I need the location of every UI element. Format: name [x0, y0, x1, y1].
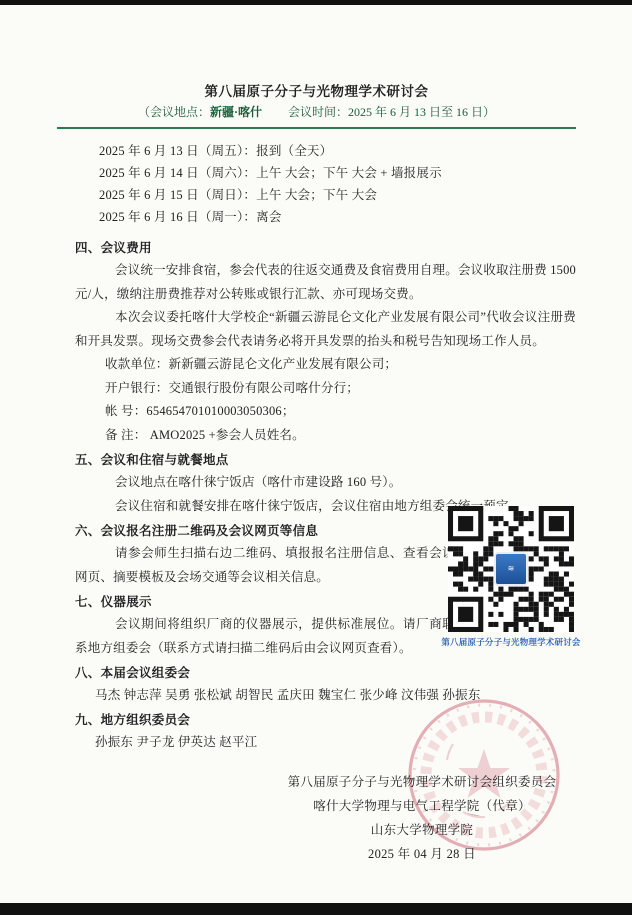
bank-name-line: 开户银行：交通银行股份有限公司喀什分行；	[105, 377, 576, 401]
signature-line-co-host: 山东大学物理学院	[262, 818, 582, 842]
section-committee-heading: 八、本届会议组委会	[75, 662, 576, 684]
local-committee-names: 孙振东 尹子龙 伊英达 赵平江	[95, 731, 576, 754]
signature-date: 2025 年 04 月 28 日	[262, 842, 582, 866]
exhibition-paragraph: 会议期间将组织厂商的仪器展示，提供标准展位。请厂商联系地方组委会（联系方式请扫描…	[75, 613, 455, 660]
schedule-item: 2025 年 6 月 16 日（周一）：离会	[99, 206, 576, 228]
section-fees-heading: 四、会议费用	[75, 237, 576, 259]
time-label: 会议时间：	[288, 105, 348, 119]
fees-paragraph-2: 本次会议委托喀什大学校企“新疆云游昆仑文化产业发展有限公司”代收会议注册费和开具…	[75, 306, 576, 353]
section-local-committee-heading: 九、地方组织委员会	[75, 709, 576, 731]
qr-code: ≋	[448, 506, 574, 632]
bank-payee-line: 收款单位：新新疆云游昆仑文化产业发展有限公司；	[105, 353, 576, 377]
conference-location: 新疆·喀什	[210, 105, 262, 119]
document-body: 第八届原子分子与光物理学术研讨会 （会议地点：新疆·喀什会议时间：2025 年 …	[0, 0, 632, 866]
bank-account-line: 帐 号：654654701010003050306；	[105, 400, 576, 424]
header-divider-rule	[57, 127, 576, 129]
time-value: 2025 年 6 月 13 日至 16 日）	[348, 105, 495, 119]
signature-block: 第八届原子分子与光物理学术研讨会组织委员会 喀什大学物理与电气工程学院（代章） …	[262, 770, 582, 866]
section-venue-heading: 五、会议和住宿与就餐地点	[75, 449, 576, 471]
fees-paragraph-1: 会议统一安排食宿，参会代表的往返交通费及食宿费用自理。会议收取注册费 1500 …	[75, 259, 576, 306]
signature-line-organizer: 第八届原子分子与光物理学术研讨会组织委员会	[262, 770, 582, 794]
schedule-item: 2025 年 6 月 13 日（周五）：报到（全天）	[99, 140, 576, 162]
venue-line-1: 会议地点在喀什徕宁饭店（喀什市建设路 160 号）。	[75, 471, 576, 495]
conference-title: 第八届原子分子与光物理学术研讨会	[57, 84, 576, 100]
scanner-edge-bottom	[0, 903, 632, 915]
schedule-list: 2025 年 6 月 13 日（周五）：报到（全天） 2025 年 6 月 14…	[99, 140, 576, 228]
schedule-item: 2025 年 6 月 14 日（周六）：上午 大会；下午 大会 + 墙报展示	[99, 162, 576, 184]
conference-subtitle: （会议地点：新疆·喀什会议时间：2025 年 6 月 13 日至 16 日）	[57, 103, 576, 121]
qr-center-logo: ≋	[494, 552, 528, 586]
signature-line-host-college: 喀什大学物理与电气工程学院（代章）	[262, 794, 582, 818]
bank-note-line: 备 注： AMO2025 +参会人员姓名。	[105, 424, 576, 448]
qr-caption: 第八届原子分子与光物理学术研讨会	[436, 636, 586, 648]
registration-paragraph: 请参会师生扫描右边二维码、填报报名注册信息、查看会议网页、摘要模板及会场交通等会…	[75, 542, 455, 589]
schedule-item: 2025 年 6 月 15 日（周日）：上午 大会；下午 大会	[99, 184, 576, 206]
scanned-document-page: 第八届原子分子与光物理学术研讨会 （会议地点：新疆·喀什会议时间：2025 年 …	[0, 0, 632, 915]
committee-names: 马杰 钟志萍 吴勇 张松斌 胡智民 孟庆田 魏宝仁 张少峰 汶伟强 孙振东	[95, 684, 576, 707]
subtitle-prefix: （会议地点：	[138, 105, 210, 119]
